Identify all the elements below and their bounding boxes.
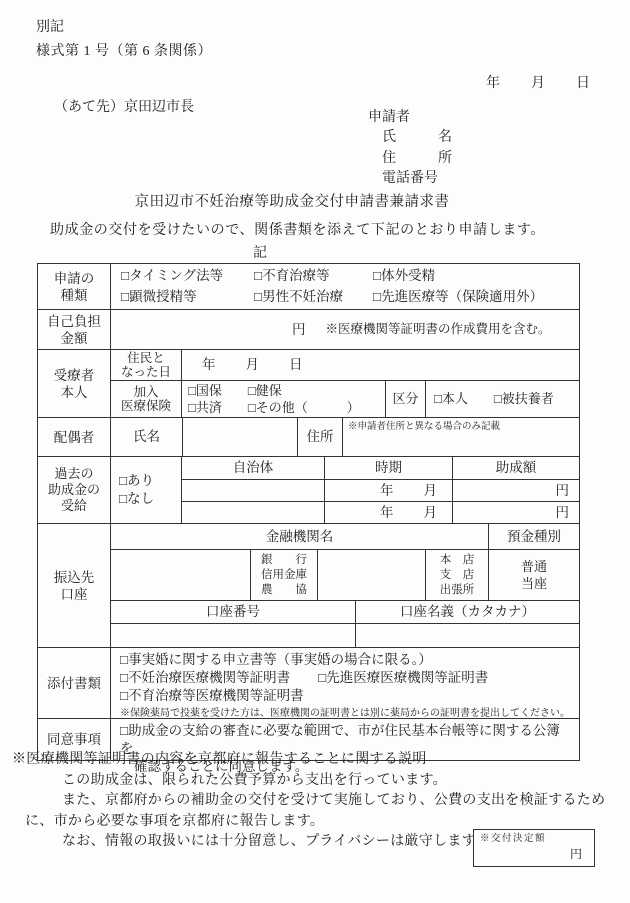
bank-detail-row: 銀 行 信用金庫 農 協 本 店 支 店 出張所 普通 当座 bbox=[111, 549, 579, 600]
attachments-label: 添付書類 bbox=[38, 648, 111, 718]
checkbox-recurrent-loss-treatment: □不育治療等 bbox=[254, 266, 373, 286]
application-form-page: 別記 様式第 1 号（第 6 条関係） 年 月 日 （あて先）京田辺市長 申請者… bbox=[0, 0, 630, 903]
checkbox-insurance-line2: □共済 □その他（ ） bbox=[188, 399, 385, 416]
checkbox-insurance-line1: □国保 □健保 bbox=[188, 382, 385, 399]
branch-name-field bbox=[318, 550, 425, 600]
row-self-pay-amount: 自己負担 金額 円 ※医療機関等証明書の作成費用を含む。 bbox=[38, 309, 579, 349]
account-fields-row bbox=[111, 623, 579, 647]
application-table: 申請の 種類 □タイミング法等 □不育治療等 □体外受精 □顕微授精等 □男性不… bbox=[37, 263, 580, 761]
account-name-field bbox=[355, 624, 579, 647]
past-subsidy-entry-1: 年 月 円 bbox=[182, 479, 579, 501]
row-past-subsidy: 過去の 助成金の 受給 □あり □なし 自治体 時期 助成額 年 月 円 bbox=[38, 456, 579, 523]
explanation-heading: ※医療機関等証明書の内容を京都府に報告することに関する説明 bbox=[12, 750, 630, 771]
spouse-address-label: 住所 bbox=[297, 418, 342, 456]
checkbox-past-no: □なし bbox=[119, 490, 181, 508]
applicant-block: 申請者 氏 名 住 所 電話番号 bbox=[368, 108, 452, 189]
self-pay-yen-unit: 円 bbox=[292, 320, 306, 340]
insurance-label: 加入 医療保険 bbox=[111, 381, 182, 417]
applicant-label: 申請者 bbox=[368, 108, 452, 128]
addressee-line: （あて先）京田辺市長 bbox=[54, 98, 194, 118]
checkbox-infertility-certificate: □不妊治療医療機関等証明書 bbox=[120, 670, 290, 685]
row-patient: 受療者 本人 住民と なった日 年 月 日 加入 医療保険 bbox=[38, 349, 579, 417]
row-spouse: 配偶者 氏名 住所 ※申請者住所と異なる場合のみ記載 bbox=[38, 417, 579, 456]
institution-type-options: 銀 行 信用金庫 農 協 bbox=[250, 550, 318, 600]
resident-date-row: 住民と なった日 年 月 日 bbox=[111, 350, 579, 380]
checkbox-defacto-marriage-statement: □事実婚に関する申立書等（事実婚の場合に限る。） bbox=[120, 651, 573, 669]
checkbox-ivf: □体外受精 bbox=[373, 266, 435, 286]
deposit-type-options: 普通 当座 bbox=[488, 550, 579, 600]
past-subsidy-entry-2: 年 月 円 bbox=[182, 501, 579, 523]
checkbox-advanced-medical: □先進医療等（保険適用外） bbox=[373, 287, 543, 307]
category-label: 区分 bbox=[385, 381, 425, 417]
row-application-type: 申請の 種類 □タイミング法等 □不育治療等 □体外受精 □顕微授精等 □男性不… bbox=[38, 264, 579, 309]
ki-heading: 記 bbox=[0, 244, 520, 264]
resident-date-field: 年 月 日 bbox=[182, 350, 579, 380]
checkbox-icsi: □顕微授精等 bbox=[121, 287, 254, 307]
intro-sentence: 助成金の交付を受けたいので、関係書類を添えて下記のとおり申請します。 bbox=[50, 221, 545, 241]
appendix-note: 別記 bbox=[36, 18, 64, 38]
date-field: 年 月 日 bbox=[486, 74, 591, 94]
applicant-phone-field: 電話番号 bbox=[382, 169, 452, 189]
application-type-options: □タイミング法等 □不育治療等 □体外受精 □顕微授精等 □男性不妊治療 □先進… bbox=[111, 264, 579, 309]
account-name-label: 口座名義（カタカナ） bbox=[355, 601, 579, 623]
form-number: 様式第 1 号（第 6 条関係） bbox=[36, 42, 212, 62]
checkbox-past-yes: □あり bbox=[119, 472, 181, 490]
past-subsidy-headers: 自治体 時期 助成額 bbox=[182, 457, 579, 479]
past-subsidy-options: □あり □なし bbox=[111, 457, 182, 523]
resident-date-label: 住民と なった日 bbox=[111, 350, 182, 380]
row-attachments: 添付書類 □事実婚に関する申立書等（事実婚の場合に限る。） □不妊治療医療機関等… bbox=[38, 647, 579, 718]
row-bank-account: 振込先 口座 金融機関名 預金種別 銀 行 信用金庫 農 協 bbox=[38, 523, 579, 647]
account-number-label: 口座番号 bbox=[111, 601, 355, 623]
checkbox-advanced-medical-certificate: □先進医療医療機関等証明書 bbox=[318, 670, 488, 685]
bank-account-label: 振込先 口座 bbox=[38, 524, 111, 647]
amount-field: 円 bbox=[452, 502, 579, 523]
grant-decision-amount-box: ※交付決定額 円 bbox=[473, 829, 595, 867]
amount-field: 円 bbox=[452, 480, 579, 501]
spouse-label: 配偶者 bbox=[38, 418, 111, 456]
bank-header-row: 金融機関名 預金種別 bbox=[111, 524, 579, 549]
institution-name-field bbox=[111, 550, 250, 600]
spouse-name-label: 氏名 bbox=[111, 418, 182, 456]
document-title: 京田辺市不妊治療等助成金交付申請書兼請求書 bbox=[0, 192, 584, 213]
applicant-address-field: 住 所 bbox=[382, 149, 452, 169]
patient-label: 受療者 本人 bbox=[38, 350, 111, 417]
grant-decision-amount-label: ※交付決定額 bbox=[474, 830, 594, 847]
insurance-row: 加入 医療保険 □国保 □健保 □共済 □その他（ ） 区分 □本人 □被扶養者 bbox=[111, 380, 579, 417]
checkbox-male-infertility: □男性不妊治療 bbox=[254, 287, 373, 307]
insurance-options: □国保 □健保 □共済 □その他（ ） bbox=[182, 381, 385, 417]
municipality-header: 自治体 bbox=[182, 457, 324, 479]
account-labels-row: 口座番号 口座名義（カタカナ） bbox=[111, 600, 579, 623]
applicant-name-field: 氏 名 bbox=[382, 128, 452, 148]
deposit-type-header: 預金種別 bbox=[488, 524, 579, 549]
account-number-field bbox=[111, 624, 355, 647]
spouse-address-note: ※申請者住所と異なる場合のみ記載 bbox=[342, 418, 579, 456]
branch-type-options: 本 店 支 店 出張所 bbox=[425, 550, 488, 600]
category-options: □本人 □被扶養者 bbox=[425, 381, 579, 417]
period-field: 年 月 bbox=[324, 480, 452, 501]
institution-name-header: 金融機関名 bbox=[111, 524, 488, 549]
checkbox-timing-method: □タイミング法等 bbox=[121, 266, 254, 286]
self-pay-label: 自己負担 金額 bbox=[38, 310, 111, 349]
municipality-field bbox=[182, 480, 324, 501]
period-header: 時期 bbox=[324, 457, 452, 479]
past-subsidy-label: 過去の 助成金の 受給 bbox=[38, 457, 111, 523]
application-type-label: 申請の 種類 bbox=[38, 264, 111, 309]
spouse-name-field bbox=[182, 418, 297, 456]
municipality-field bbox=[182, 502, 324, 523]
amount-header: 助成額 bbox=[452, 457, 579, 479]
grant-decision-yen-unit: 円 bbox=[570, 846, 582, 863]
checkbox-recurrent-loss-certificate: □不育治療等医療機関等証明書 bbox=[120, 687, 573, 705]
self-pay-note: ※医療機関等証明書の作成費用を含む。 bbox=[326, 320, 551, 338]
period-field: 年 月 bbox=[324, 502, 452, 523]
